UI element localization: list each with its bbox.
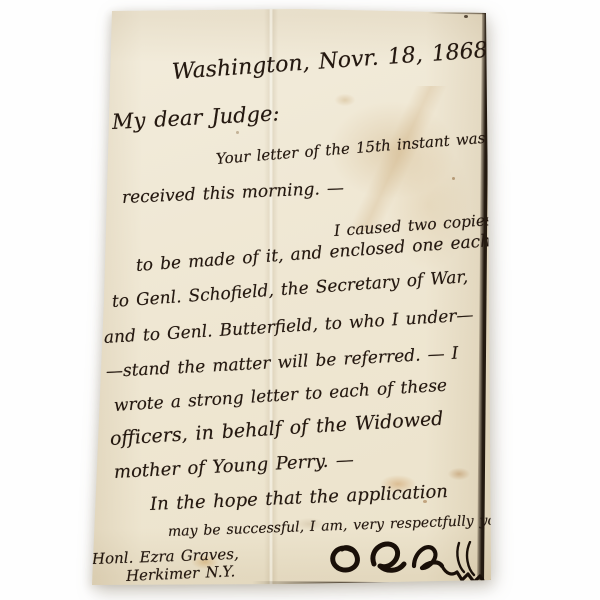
recipient-address: Herkimer N.Y. xyxy=(126,562,236,585)
letter-dateline: Washington, Novr. 18, 1868. xyxy=(171,37,495,84)
letter-salutation: My dear Judge: xyxy=(111,101,280,134)
letter-body-line: and to Genl. Butterfield, to who I under… xyxy=(103,305,474,348)
age-speck xyxy=(236,131,239,134)
paper-top-edge-shadow xyxy=(428,11,487,15)
paper-right-edge xyxy=(477,12,489,582)
letter-paper-wrap: Washington, Novr. 18, 1868. My dear Judg… xyxy=(0,0,600,600)
letter-body-line: received this morning. — xyxy=(122,178,345,208)
letter-body-line: In the hope that the application xyxy=(150,481,449,515)
age-speck xyxy=(452,177,455,180)
signature-flourish xyxy=(322,536,498,596)
age-stain-streak xyxy=(330,86,465,231)
photo-canvas: Washington, Novr. 18, 1868. My dear Judg… xyxy=(0,0,600,600)
ink-speck xyxy=(464,15,468,18)
letter-body-line: —stand the matter will be referred. — I xyxy=(105,344,458,382)
letter-paper: Washington, Novr. 18, 1868. My dear Judg… xyxy=(0,0,600,600)
letter-body-line: mother of Young Perry. — xyxy=(113,449,354,483)
